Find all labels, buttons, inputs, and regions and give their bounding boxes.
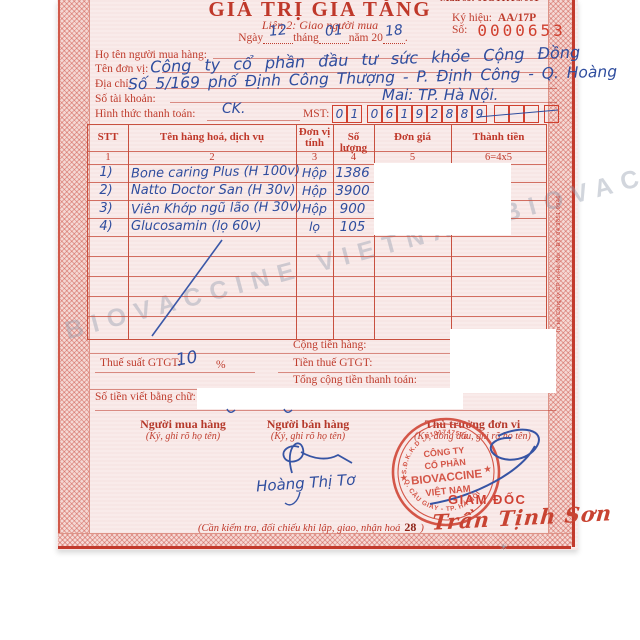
row-unit: Hộp xyxy=(296,201,333,216)
col-number: 5 xyxy=(374,152,451,163)
date-year-slot: 18 xyxy=(383,32,405,44)
tax-digit-box-empty xyxy=(544,105,559,123)
buyer-signature-note: (Ký, ghi rõ họ tên) xyxy=(118,431,248,442)
corner-mark: ✳ xyxy=(500,542,508,553)
col-number: 2 xyxy=(128,152,296,163)
seal-star-right: ★ xyxy=(483,464,492,474)
tax-digit-box: 6 xyxy=(382,105,397,123)
ruled-line xyxy=(95,372,255,373)
address-label: Địa chỉ: xyxy=(95,78,132,90)
seal-line3: BIOVACCINE xyxy=(411,468,484,487)
date-prefix: Ngày xyxy=(238,32,263,44)
date-year-value: 18 xyxy=(382,22,406,40)
seller-signature-title: Người bán hàng xyxy=(243,417,373,432)
col-header-stt: STT xyxy=(88,132,128,143)
number-line: Số: 0000653 xyxy=(452,24,566,38)
date-line: Ngày 12 tháng 01 năm 20 18 . xyxy=(203,32,443,44)
tax-digit-box: 9 xyxy=(412,105,427,123)
col-number: 6=4x5 xyxy=(451,152,546,163)
tax-code-label: MST: xyxy=(303,108,329,120)
printer-note-vertical: In tại Công ty CP in Hà Nội - ĐT: 04.385… xyxy=(556,122,562,332)
tax-digit-box-empty xyxy=(524,105,539,123)
col-header-qty: Số lượng xyxy=(333,132,374,154)
row-stt: 2) xyxy=(90,183,122,198)
row-qty: 3900 xyxy=(331,183,374,199)
address-value-line2-handwriting: Mai: TP. Hà Nội. xyxy=(382,86,498,104)
invoice-no-value: 0000653 xyxy=(477,24,565,38)
guilloche-border-left xyxy=(58,0,90,547)
row-unit: Hộp xyxy=(296,183,333,198)
grand-total-label: Tổng cộng tiền thanh toán: xyxy=(293,374,417,386)
vat-rate-value-handwriting: 10 xyxy=(174,347,199,370)
payment-value-handwriting: CK. xyxy=(222,101,245,117)
subtotal-label: Cộng tiền hàng: xyxy=(293,339,366,351)
seal-star-left: ★ xyxy=(400,473,409,483)
scanned-invoice-page: BIOVACCINE VIETNAM BIOVAC Mẫu số: 01GTKT… xyxy=(0,0,640,640)
table-grid-line xyxy=(88,296,546,297)
tax-digit-box: 2 xyxy=(427,105,442,123)
date-month-label: tháng xyxy=(293,32,319,44)
row-name: Bone caring Plus (H 100v) xyxy=(131,164,300,182)
date-month-value: 01 xyxy=(318,21,350,40)
row-stt: 1) xyxy=(90,165,122,180)
table-grid-line xyxy=(88,276,546,277)
row-unit: Hộp xyxy=(296,165,333,180)
date-day-slot: 12 xyxy=(263,32,293,44)
whiteout-totals xyxy=(450,329,556,393)
tax-digit-box: 0 xyxy=(332,105,347,123)
tax-digit-box: 0 xyxy=(367,105,382,123)
tax-digit-box: 8 xyxy=(442,105,457,123)
col-number: 4 xyxy=(333,152,374,163)
col-header-name: Tên hàng hoá, dịch vụ xyxy=(128,132,296,143)
percent-sign: % xyxy=(216,359,226,371)
col-header-price: Đơn giá xyxy=(374,132,451,143)
footer-note: (Cần kiểm tra, đối chiếu khi lập, giao, … xyxy=(198,518,424,536)
tax-digit-box: 1 xyxy=(347,105,362,123)
col-header-unit: Đơn vị tính xyxy=(296,127,333,149)
row-name: Natto Doctor San (H 30v) xyxy=(131,183,296,198)
tax-digit-box: 9 xyxy=(472,105,487,123)
row-qty: 900 xyxy=(331,201,374,217)
vat-amount-label: Tiền thuế GTGT: xyxy=(293,357,373,369)
vat-rate-label: Thuế suất GTGT: xyxy=(100,357,181,369)
row-name: Viên Khớp ngũ lão (H 30v) xyxy=(131,200,302,218)
ruled-line xyxy=(207,120,300,121)
table-grid-line xyxy=(88,316,546,317)
tax-digit-box: 8 xyxy=(457,105,472,123)
invoice-no-label: Số: xyxy=(452,24,467,36)
col-number: 3 xyxy=(296,152,333,163)
tax-digit-box: 1 xyxy=(397,105,412,123)
tax-code-boxes: 0 1 0 6 1 9 2 8 8 9 xyxy=(332,105,559,123)
whiteout-prices xyxy=(374,163,511,235)
col-number: 1 xyxy=(88,152,128,163)
table-grid-line xyxy=(88,256,546,257)
payment-label: Hình thức thanh toán: xyxy=(95,108,195,120)
date-year-label: năm 20 xyxy=(349,32,383,44)
row-stt: 4) xyxy=(90,219,122,234)
seller-signature-note: (Ký, ghi rõ họ tên) xyxy=(243,431,373,442)
row-unit: lọ xyxy=(296,219,333,234)
account-label: Số tài khoản: xyxy=(95,93,156,105)
row-qty: 1386 xyxy=(331,165,374,181)
col-header-amount: Thành tiền xyxy=(451,132,546,143)
company-label: Tên đơn vị: xyxy=(95,63,148,75)
date-month-slot: 01 xyxy=(319,32,349,44)
footer-note-text: (Cần kiểm tra, đối chiếu khi lập, giao, … xyxy=(198,523,400,534)
table-grid-line xyxy=(88,236,546,237)
buyer-signature-title: Người mua hàng xyxy=(118,417,248,432)
date-day-value: 12 xyxy=(262,21,294,40)
whiteout-amount-words xyxy=(197,388,463,409)
amount-in-words-label: Số tiền viết bằng chữ: xyxy=(95,391,196,403)
row-qty: 105 xyxy=(331,219,374,235)
row-stt: 3) xyxy=(90,201,122,216)
row-name: Glucosamin (lọ 60v) xyxy=(131,219,262,234)
